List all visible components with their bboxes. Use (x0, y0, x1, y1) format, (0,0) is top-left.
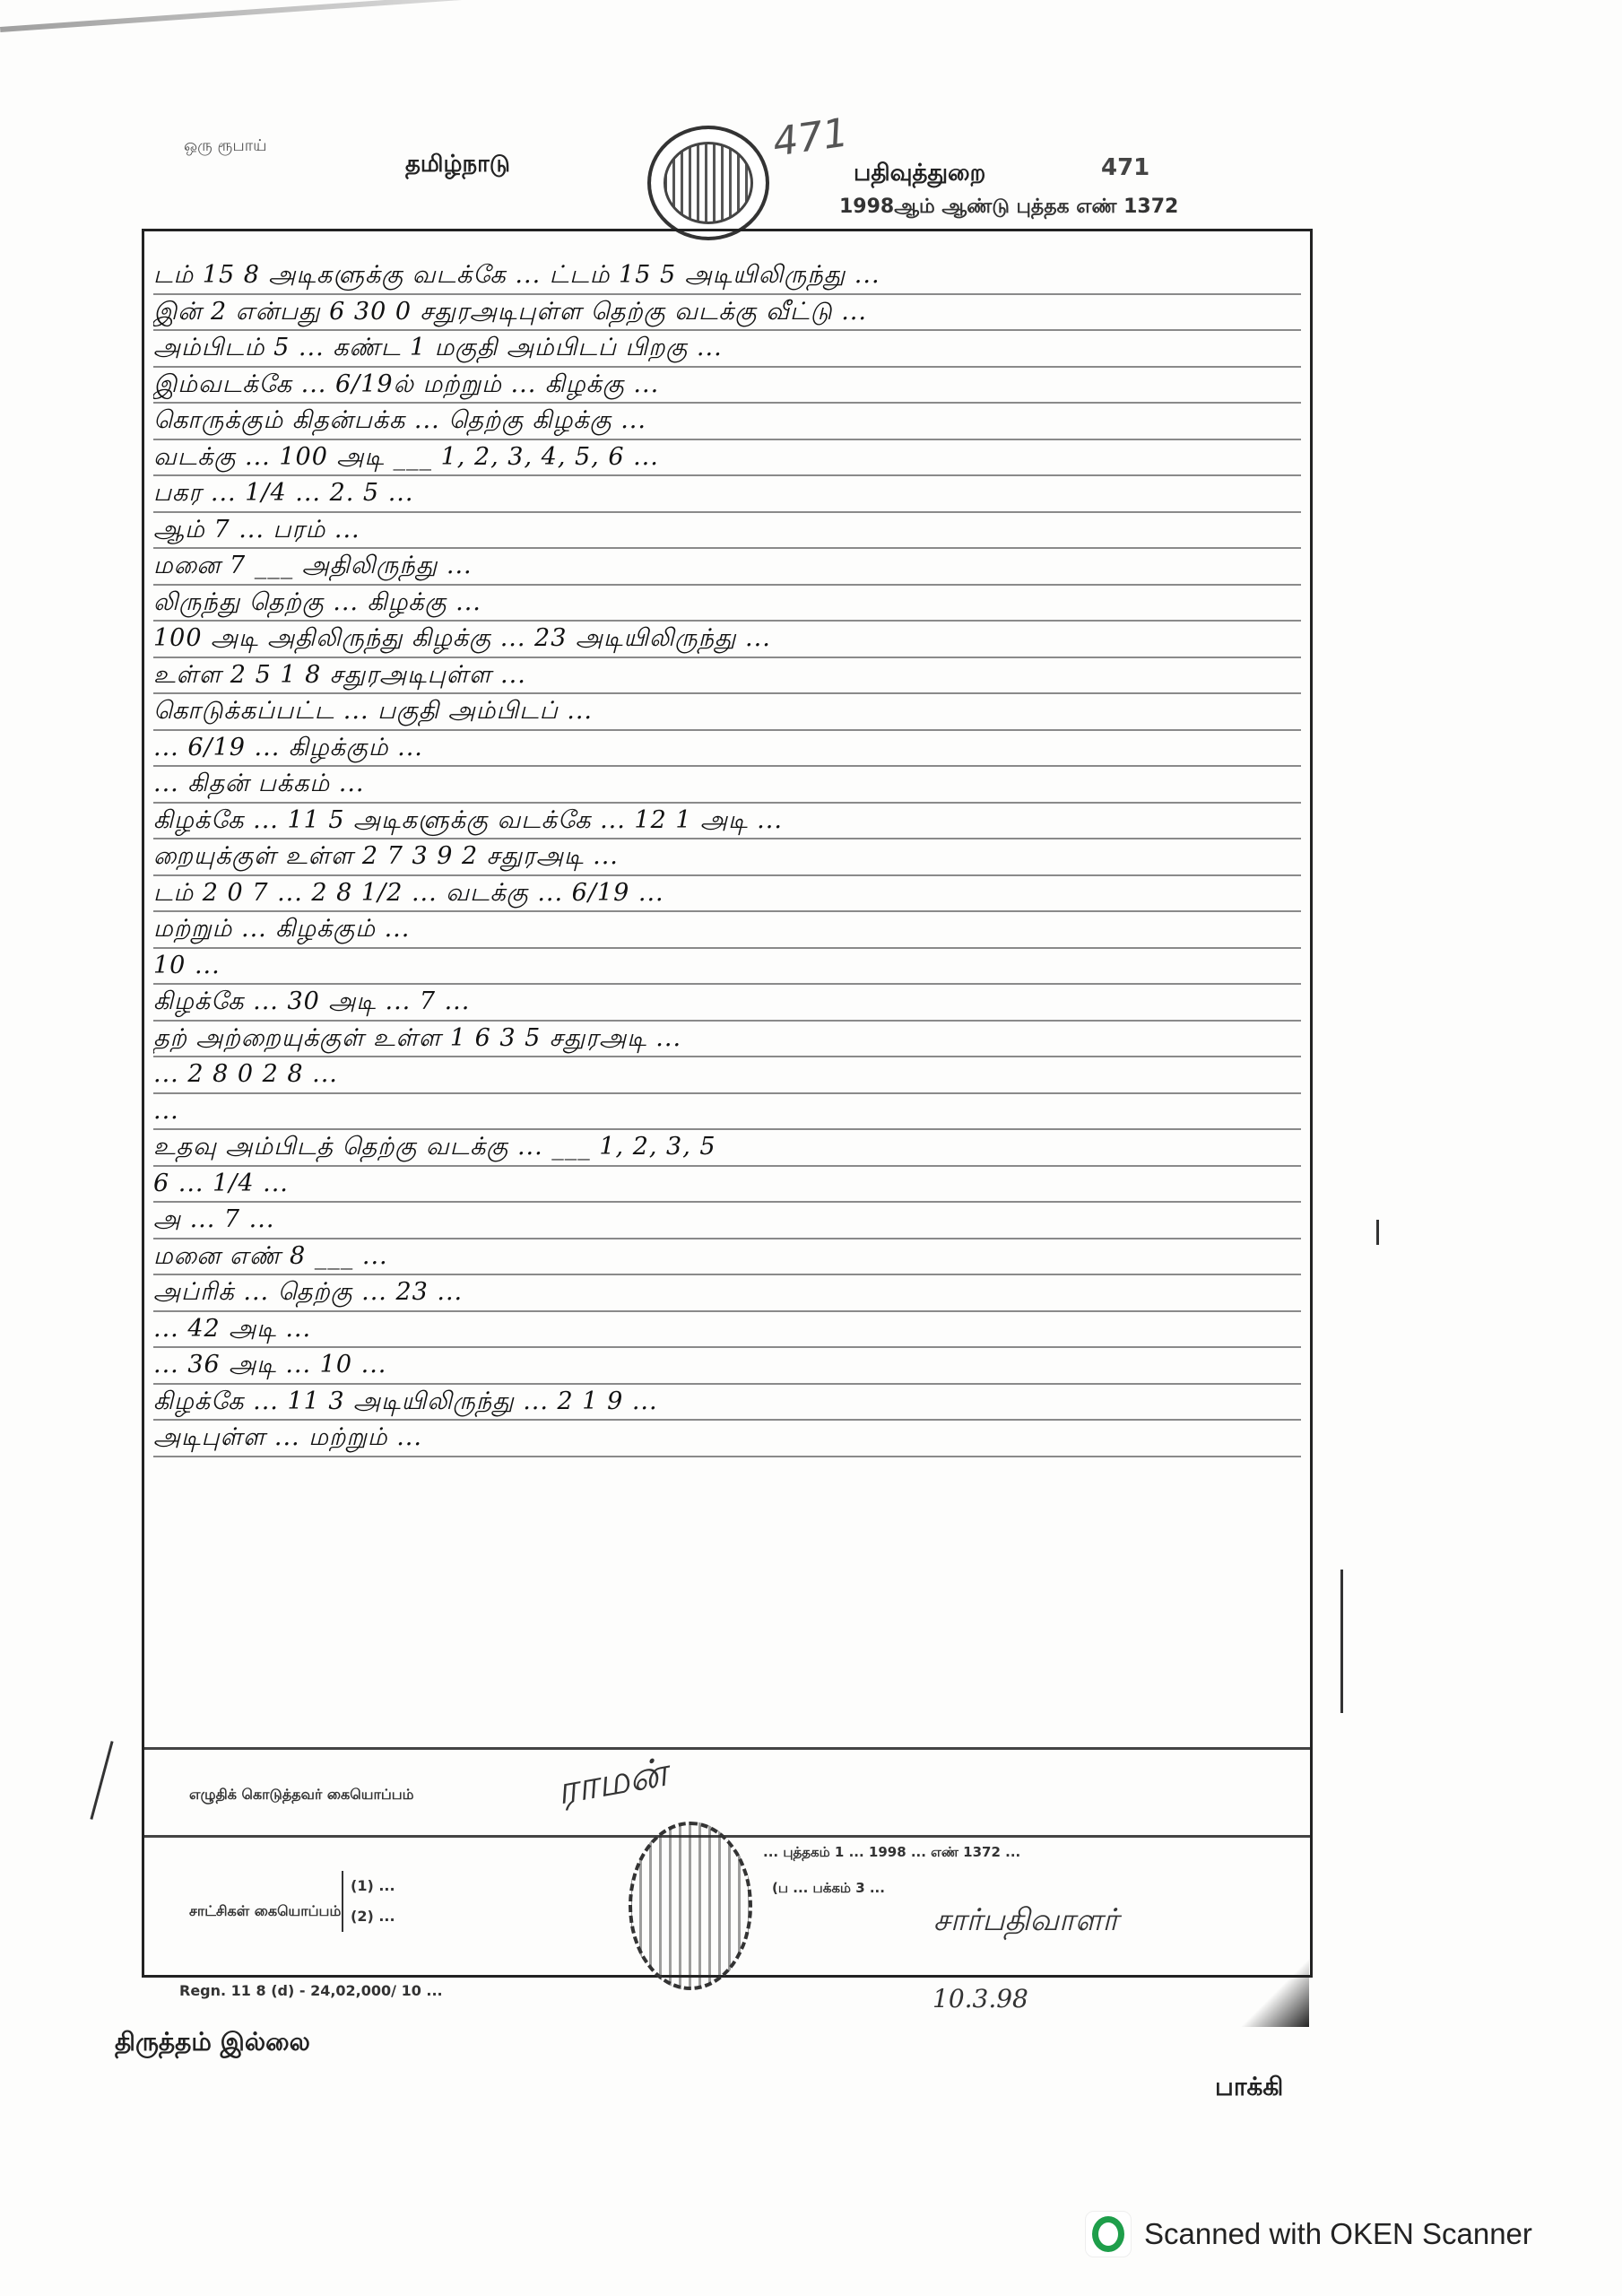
handwritten-line: இன் 2 என்பது 6 30 0 சதுரஅடிபுள்ள தெற்கு … (153, 295, 1301, 332)
handwritten-line: கொருக்கும் கிதன்பக்க ... தெற்கு கிழக்கு … (153, 404, 1301, 440)
handwritten-line: டம் 2 0 7 ... 2 8 1/2 ... வடக்கு ... 6/1… (153, 876, 1301, 913)
handwritten-line: உள்ள 2 5 1 8 சதுரஅடிபுள்ள ... (153, 658, 1301, 695)
handwritten-line: டம் 15 8 அடிகளுக்கு வடக்கே ... ட்டம் 15 … (153, 258, 1301, 295)
handwritten-line: ... 6/19 ... கிழக்கும் ... (153, 731, 1301, 768)
endorsement-line-2: (ப ... பக்கம் 3 ... (772, 1880, 885, 1898)
handwritten-line: அ ... 7 ... (153, 1203, 1301, 1239)
handwritten-line: 100 அடி அதிலிருந்து கிழக்கு ... 23 அடியி… (153, 622, 1301, 658)
witness-label: சாட்சிகள் கையொப்பம் (189, 1902, 341, 1920)
form-reference: Regn. 11 8 (d) - 24,02,000/ 10 ... (179, 1982, 443, 1999)
no-corrections-label: திருத்தம் இல்லை (115, 2027, 310, 2060)
witness-fields: (1) ... (2) ... (342, 1871, 395, 1932)
margin-stroke (90, 1741, 113, 1820)
document-frame: டம் 15 8 அடிகளுக்கு வடக்கே ... ட்டம் 15 … (142, 229, 1313, 1978)
handwritten-line: தற் அற்றையுக்குள் உள்ள 1 6 3 5 சதுரஅடி .… (153, 1022, 1301, 1058)
handwritten-line: கொடுக்கப்பட்ட ... பகுதி அம்பிடப் ... (153, 694, 1301, 731)
handwritten-line: மனை 7 ___ அதிலிருந்து ... (153, 549, 1301, 586)
handwritten-line: மற்றும் ... கிழக்கும் ... (153, 912, 1301, 949)
margin-line (1340, 1570, 1343, 1713)
scanner-watermark: Scanned with OKEN Scanner (1085, 2211, 1532, 2257)
handwritten-body: டம் 15 8 அடிகளுக்கு வடக்கே ... ட்டம் 15 … (153, 258, 1301, 1457)
handwritten-page-number: 471 (770, 109, 851, 165)
handwritten-line: பகர ... 1/4 ... 2. 5 ... (153, 476, 1301, 513)
oken-logo-icon (1085, 2211, 1132, 2257)
registration-seal-icon (629, 1822, 752, 1990)
handwritten-line: கிழக்கே ... 30 அடி ... 7 ... (153, 985, 1301, 1022)
handwritten-line: மனை எண் 8 ___ ... (153, 1239, 1301, 1276)
state-name: தமிழ்நாடு (405, 151, 510, 180)
handwritten-line: அப்ரிக் ... தெற்கு ... 23 ... (153, 1275, 1301, 1312)
page-number: 471 (1101, 154, 1149, 181)
handwritten-line: இம்வடக்கே ... 6/19ல் மற்றும் ... கிழக்கு… (153, 368, 1301, 404)
stamp-value: ஒரு ரூபாய் (184, 136, 267, 157)
handwritten-line: கிழக்கே ... 11 3 அடியிலிருந்து ... 2 1 9… (153, 1385, 1301, 1422)
margin-tick (1376, 1220, 1379, 1245)
handwritten-line: 10 ... (153, 949, 1301, 986)
handwritten-line: ... 36 அடி ... 10 ... (153, 1348, 1301, 1385)
date-note: 10.3.98 (932, 1984, 1028, 2013)
executant-signature-label: எழுதிக் கொடுத்தவர் கையொப்பம் (189, 1786, 414, 1805)
handwritten-line: வடக்கு ... 100 அடி ___ 1, 2, 3, 4, 5, 6 … (153, 440, 1301, 477)
witness-field-2: (2) ... (351, 1901, 395, 1932)
handwritten-line: ... கிதன் பக்கம் ... (153, 767, 1301, 804)
handwritten-line: ... 42 அடி ... (153, 1312, 1301, 1349)
handwritten-line: அம்பிடம் 5 ... கண்ட 1 மகுதி அம்பிடப் பிற… (153, 331, 1301, 368)
handwritten-line: கிழக்கே ... 11 5 அடிகளுக்கு வடக்கே ... 1… (153, 804, 1301, 840)
handwritten-line: ... (153, 1094, 1301, 1131)
department-name: பதிவுத்துறை (854, 160, 985, 189)
page-corner-shadow (1237, 1946, 1309, 2027)
tamil-nadu-emblem-icon (647, 126, 769, 240)
witness-field-1: (1) ... (351, 1871, 395, 1901)
handwritten-line: றையுக்குள் உள்ள 2 7 3 9 2 சதுரஅடி ... (153, 839, 1301, 876)
registration-line: 1998ஆம் ஆண்டு புத்தக எண் 1372 (839, 196, 1178, 221)
signature-section: எழுதிக் கொடுத்தவர் கையொப்பம் ராமன் சாட்ச… (144, 1747, 1310, 1975)
watermark-text: Scanned with OKEN Scanner (1144, 2217, 1532, 2251)
handwritten-line: ஆம் 7 ... பரம் ... (153, 513, 1301, 550)
executant-signature: ராமன் (553, 1750, 672, 1820)
executant-row: எழுதிக் கொடுத்தவர் கையொப்பம் ராமன் (144, 1750, 1310, 1838)
page-suffix-label: பாக்கி (1215, 2072, 1283, 2105)
scan-edge-shadow (0, 0, 465, 32)
endorsement-line-1: ... புத்தகம் 1 ... 1998 ... எண் 1372 ... (763, 1844, 1020, 1862)
handwritten-line: ... 2 8 0 2 8 ... (153, 1057, 1301, 1094)
handwritten-line: லிருந்து தெற்கு ... கிழக்கு ... (153, 586, 1301, 622)
handwritten-line: அடிபுள்ள ... மற்றும் ... (153, 1421, 1301, 1457)
handwritten-line: உதவு அம்பிடத் தெற்கு வடக்கு ... ___ 1, 2… (153, 1130, 1301, 1167)
registrar-signature: சார்பதிவாளர் (933, 1902, 1118, 1942)
handwritten-line: 6 ... 1/4 ... (153, 1167, 1301, 1204)
